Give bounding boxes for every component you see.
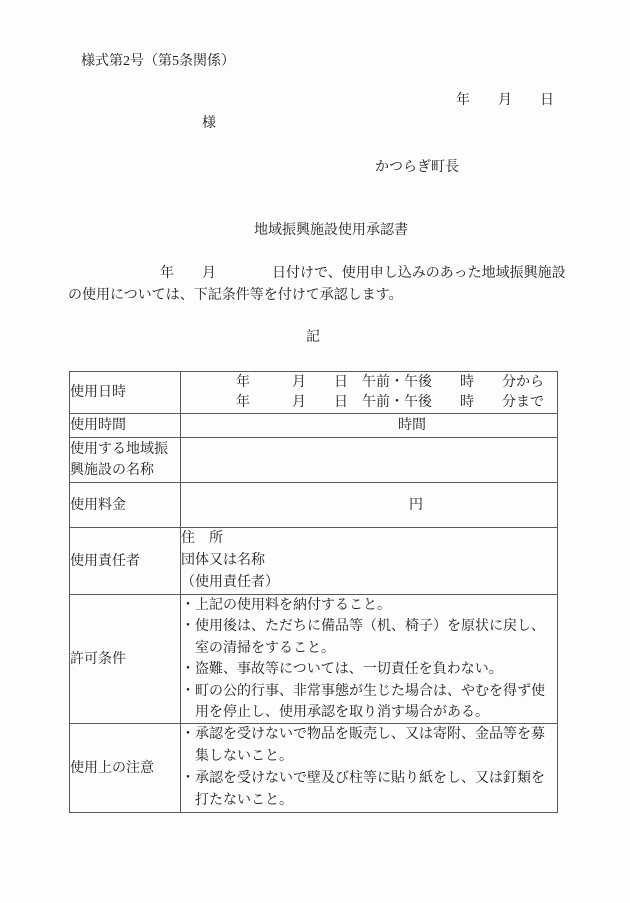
usage-precaution-item: ・承認を受けないで物品を販売し、又は寄附、金品等を募集しないこと。 bbox=[181, 724, 557, 768]
usage-duration-unit: 時間 bbox=[181, 415, 557, 436]
document-page: 様式第2号（第5条関係） 年 月 日 様 かつらぎ町長 地域振興施設使用承認書 … bbox=[0, 0, 630, 903]
responsible-org-line: 団体又は名称 bbox=[181, 550, 557, 572]
usage-fee-label: 使用料金 bbox=[70, 483, 181, 528]
table-row-permission-conditions: 許可条件 ・上記の使用料を納付すること。 ・使用後は、ただちに備品等（机、椅子）… bbox=[70, 595, 558, 724]
usage-datetime-from: 年 月 日 午前・午後 時 分から bbox=[181, 373, 557, 393]
table-row-usage-duration: 使用時間 時間 bbox=[70, 414, 558, 438]
permission-condition-item: ・盗難、事故等については、一切責任を負わない。 bbox=[181, 659, 557, 680]
usage-precautions-label: 使用上の注意 bbox=[70, 724, 181, 813]
document-title: 地域振興施設使用承認書 bbox=[254, 219, 408, 239]
permission-condition-item: ・使用後は、ただちに備品等（机、椅子）を原状に戻し、室の清掃をすること。 bbox=[181, 616, 557, 659]
usage-precautions-value-cell: ・承認を受けないで物品を販売し、又は寄附、金品等を募集しないこと。 ・承認を受け… bbox=[181, 724, 558, 813]
approval-conditions-table: 使用日時 年 月 日 午前・午後 時 分から 年 月 日 午前・午後 時 分まで… bbox=[69, 371, 558, 813]
responsible-person-value-cell: 住 所 団体又は名称 （使用責任者） bbox=[181, 528, 558, 595]
usage-datetime-to: 年 月 日 午前・午後 時 分まで bbox=[181, 393, 557, 413]
permission-conditions-value-cell: ・上記の使用料を納付すること。 ・使用後は、ただちに備品等（机、椅子）を原状に戻… bbox=[181, 595, 558, 724]
responsible-address-line: 住 所 bbox=[181, 528, 557, 550]
sender-mayor-title: かつらぎ町長 bbox=[375, 156, 459, 176]
permission-condition-item: ・上記の使用料を納付すること。 bbox=[181, 595, 557, 616]
issue-date-line: 年 月 日 bbox=[456, 89, 554, 109]
table-row-usage-fee: 使用料金 円 bbox=[70, 483, 558, 528]
permission-conditions-label: 許可条件 bbox=[70, 595, 181, 724]
usage-datetime-label: 使用日時 bbox=[70, 372, 181, 414]
note-mark: 記 bbox=[306, 326, 320, 346]
facility-name-label: 使用する地域振興施設の名称 bbox=[70, 438, 181, 483]
table-row-responsible-person: 使用責任者 住 所 団体又は名称 （使用責任者） bbox=[70, 528, 558, 595]
form-number: 様式第2号（第5条関係） bbox=[81, 50, 235, 70]
table-row-usage-datetime: 使用日時 年 月 日 午前・午後 時 分から 年 月 日 午前・午後 時 分まで bbox=[70, 372, 558, 414]
table-row-facility-name: 使用する地域振興施設の名称 bbox=[70, 438, 558, 483]
usage-fee-value-cell: 円 bbox=[181, 483, 558, 528]
facility-name-value-cell bbox=[181, 438, 558, 483]
body-paragraph: 年 月 日付けで、使用申し込みのあった地域振興施設の使用については、下記条件等を… bbox=[68, 263, 576, 307]
responsible-person-label: 使用責任者 bbox=[70, 528, 181, 595]
permission-condition-item: ・町の公的行事、非常事態が生じた場合は、やむを得ず使用を停止し、使用承認を取り消… bbox=[181, 681, 557, 724]
usage-precaution-item: ・承認を受けないで壁及び柱等に貼り紙をし、又は釘類を打たないこと。 bbox=[181, 768, 557, 812]
addressee-honorific: 様 bbox=[202, 112, 216, 132]
usage-datetime-value-cell: 年 月 日 午前・午後 時 分から 年 月 日 午前・午後 時 分まで bbox=[181, 372, 558, 414]
usage-duration-value-cell: 時間 bbox=[181, 414, 558, 438]
table-row-usage-precautions: 使用上の注意 ・承認を受けないで物品を販売し、又は寄附、金品等を募集しないこと。… bbox=[70, 724, 558, 813]
usage-duration-label: 使用時間 bbox=[70, 414, 181, 438]
usage-fee-unit: 円 bbox=[181, 495, 557, 516]
responsible-person-line: （使用責任者） bbox=[181, 572, 557, 594]
